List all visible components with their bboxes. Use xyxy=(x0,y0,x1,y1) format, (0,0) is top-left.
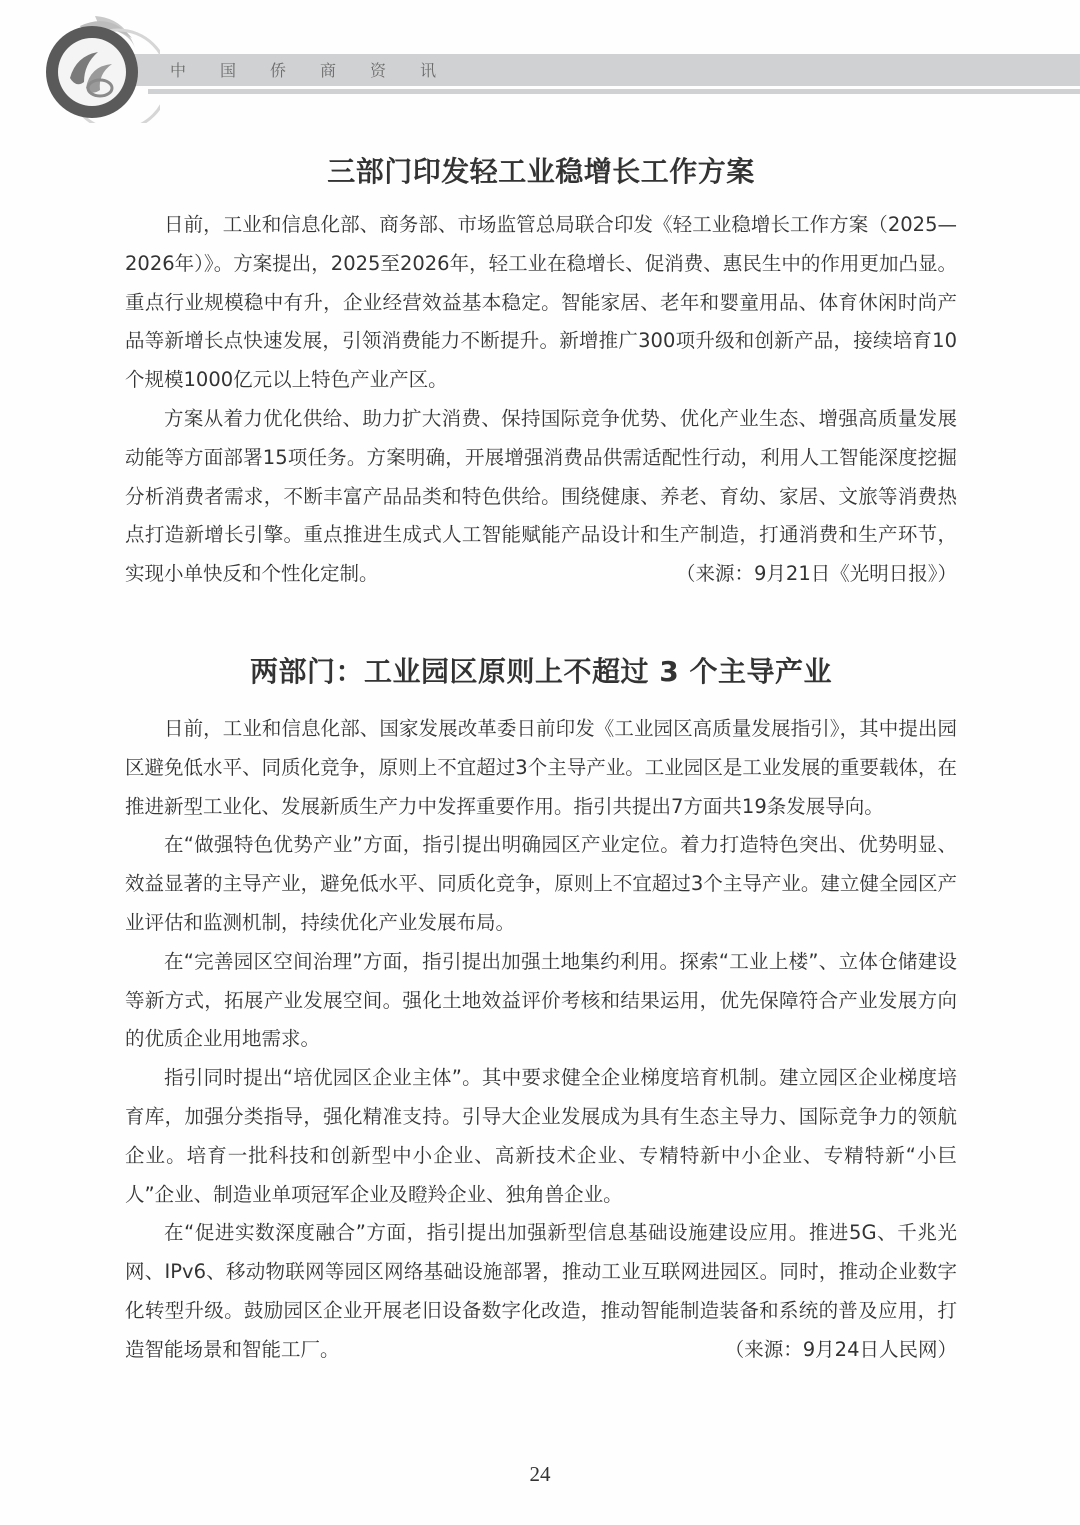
article-paragraph: 指引同时提出“培优园区企业主体”。其中要求健全企业梯度培育机制。建立园区企业梯度… xyxy=(125,1059,957,1214)
publication-title: 中国侨商资讯 xyxy=(170,58,470,84)
page-number: 24 xyxy=(0,1462,1080,1487)
article-2: 两部门：工业园区原则上不超过 3 个主导产业 日前，工业和信息化部、国家发展改革… xyxy=(125,650,957,1370)
title-char: 侨 xyxy=(270,58,320,84)
article-paragraph: 在“做强特色优势产业”方面，指引提出明确园区产业定位。着力打造特色突出、优势明显… xyxy=(125,826,957,942)
title-char: 讯 xyxy=(420,58,470,84)
title-char: 资 xyxy=(370,58,420,84)
title-char: 国 xyxy=(220,58,270,84)
org-logo-icon xyxy=(40,8,160,123)
header-rule xyxy=(148,89,1080,94)
article-title: 三部门印发轻工业稳增长工作方案 xyxy=(125,150,957,190)
article-title: 两部门：工业园区原则上不超过 3 个主导产业 xyxy=(125,650,957,690)
title-char: 商 xyxy=(320,58,370,84)
article-paragraph: 方案从着力优化供给、助力扩大消费、保持国际竞争优势、优化产业生态、增强高质量发展… xyxy=(125,400,957,594)
article-1: 三部门印发轻工业稳增长工作方案 日前，工业和信息化部、商务部、市场监管总局联合印… xyxy=(125,150,957,594)
article-source: （来源：9月24日人民网） xyxy=(686,1331,957,1370)
article-paragraph: 日前，工业和信息化部、商务部、市场监管总局联合印发《轻工业稳增长工作方案（202… xyxy=(125,206,957,400)
article-source: （来源：9月21日《光明日报》） xyxy=(637,555,957,594)
title-char: 中 xyxy=(170,58,220,84)
article-paragraph: 在“促进实数深度融合”方面，指引提出加强新型信息基础设施建设应用。推进5G、千兆… xyxy=(125,1214,957,1369)
article-paragraph: 日前，工业和信息化部、国家发展改革委日前印发《工业园区高质量发展指引》，其中提出… xyxy=(125,710,957,826)
article-paragraph: 在“完善园区空间治理”方面，指引提出加强土地集约利用。探索“工业上楼”、立体仓储… xyxy=(125,943,957,1059)
